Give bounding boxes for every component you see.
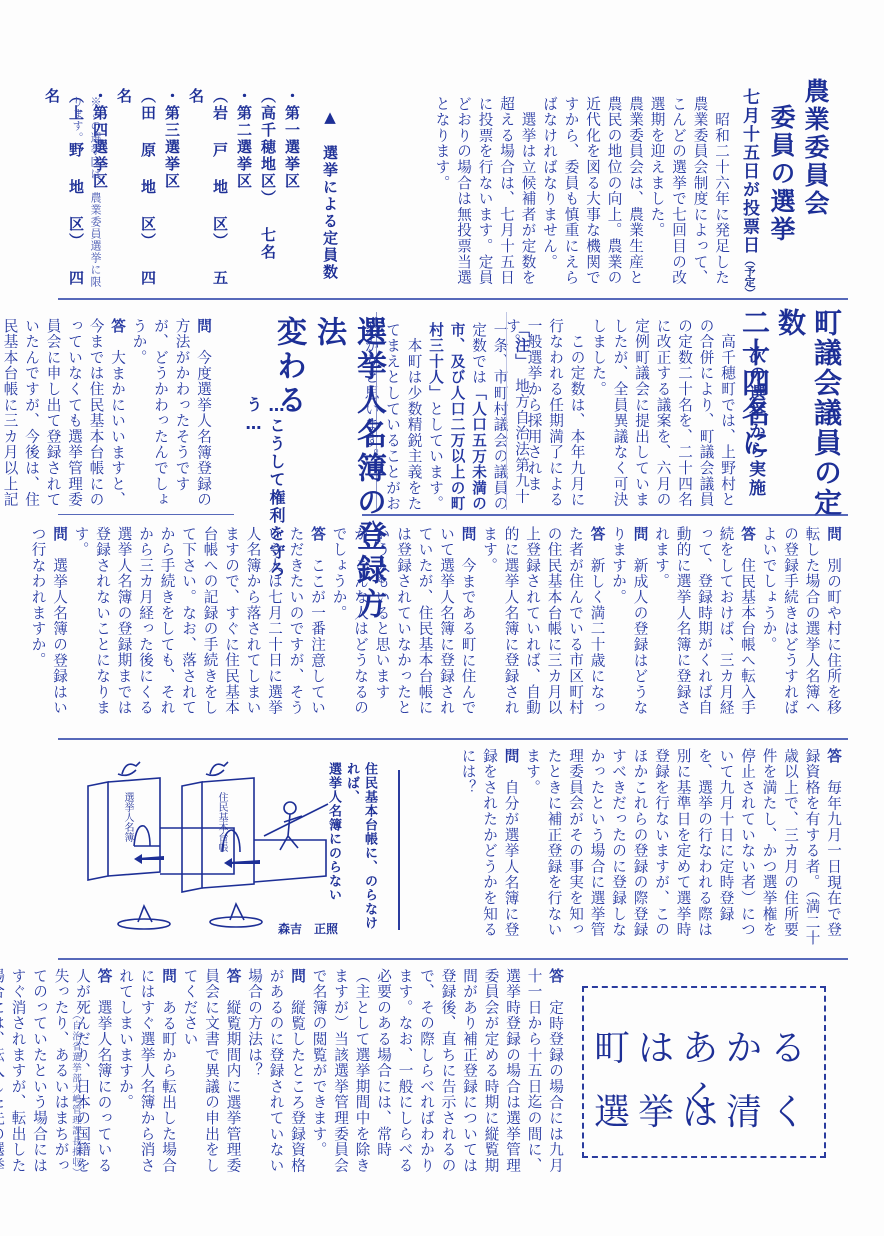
registry-qa-block-2: 問 別の町や村に住所を移転した場合の選挙人名簿への登録手続きはどうすればよいでし… (74, 526, 844, 726)
district-item: ・第三選挙区 （田 原 地 区） 四名 (112, 88, 184, 298)
section-divider (58, 738, 848, 740)
registry-qa-block-3: 答 毎年九月一日現在で登録資格を有する者。（満二十歳以上で、三カ月の住所要件を満… (408, 748, 844, 948)
farm-committee-paragraph: 選挙は立候補者が定数を超える場合は、七月十五日に投票を行ないます。定員どおりの場… (431, 96, 539, 296)
section-divider (58, 298, 848, 300)
qa-item: 答 毎年九月一日現在で登録資格を有する者。（満二十歳以上で、三カ月の住所要件を満… (522, 748, 845, 948)
qa-item: 問 今まである町に住んでいて選挙人名簿に登録されていたが、住民基本台帳には登録さ… (328, 526, 479, 726)
question-label: 問 (195, 318, 212, 334)
answer-label: 答 (109, 318, 126, 334)
qa-item: 答 ここが一番注意していただきたいのですが、そういう人は七月二十日に選挙人名簿か… (70, 526, 328, 726)
farm-committee-body: 昭和二十六年に発足した農業委員会制度によって、こんどの選挙で七回目の改選期を迎え… (432, 96, 732, 296)
gate-right-label: 住民基本台帳 (214, 792, 229, 852)
artist-credit: 森吉 正照 (278, 920, 338, 937)
council-note: 「注」 地方自治法第九十一条、市町村議会の議員の定数では「人口五万未満の市、及び… (392, 322, 532, 512)
farm-committee-title-line1: 農業委員会 (801, 78, 830, 218)
qa-item: 問 ある町から転出した場合にはすぐ選挙人名簿から消されてしまいますか。 (115, 968, 180, 1178)
section-divider (362, 514, 848, 516)
qa-item: 問 別の町や村に住所を移転した場合の選挙人名簿への登録手続きはどうすればよいでし… (758, 526, 844, 726)
qa-item: 答 定時登録の場合には九月十一日から十五日迄の間に、選挙時登録の場合は選挙管理委… (308, 968, 566, 1178)
illustration-caption: 住民基本台帳に、のらなければ、 選挙人名簿にのらない (324, 762, 378, 932)
qa-item: 問 選挙人名簿の登録はいつ行なわれますか。 (27, 526, 70, 726)
council-body: 高千穂町では、上野村との合併により、町議会議員の定数二十名を、二十四名に改正する… (538, 318, 738, 513)
qa-item: 答 縦覧期間内に選挙管理委員会に文書で異議の申出をしてください (179, 968, 244, 1178)
note-label: 「注」 (513, 322, 530, 362)
section-divider (58, 958, 848, 960)
gate-left-label: 選挙人名簿 (120, 792, 135, 842)
qa-item: 問 今度選挙人名簿登録の方法がかわったそうですが、どうかわったんでしょうか。 (128, 318, 214, 508)
qa-item: 答 住民基本台帳へ転入手続をしておけば、三カ月経って、登録時期がくれば自動的に選… (651, 526, 759, 726)
district-item: ・第二選挙区 （岩 戸 地 区） 五名 (184, 88, 256, 298)
farm-committee-paragraph: 昭和二十六年に発足した農業委員会制度によって、こんどの選挙で七回目の改選期を迎え… (646, 96, 732, 296)
qa-item: 答 新しく満二十歳になった者が住んでいる市区町村の住民基本台帳に三カ月以上登録さ… (479, 526, 608, 726)
column-divider (506, 312, 507, 510)
decorative-divider (398, 770, 400, 930)
qa-item: 答 選挙人名簿にのっている人が死んだり、日本の国籍を失ったり、あるいはまちがって… (0, 968, 115, 1178)
source-credit: （自治省選挙部大嶋管理課長指収） (68, 1010, 82, 1190)
registry-qa-block-4: 答 定時登録の場合には九月十一日から十五日迄の間に、選挙時登録の場合は選挙管理委… (96, 968, 566, 1178)
registry-qa-block-1: 問 今度選挙人名簿登録の方法がかわったそうですが、どうかわったんでしょうか。 答… (64, 318, 214, 508)
farm-committee-title: 農業委員会 委員の選挙 (764, 78, 832, 298)
slogan-line-2: 選挙は清く (584, 1084, 824, 1135)
section-divider (58, 514, 234, 515)
district-item: ・第一選挙区 （高千穂地区） 七名 (256, 88, 304, 298)
farm-committee-paragraph: 農業委員会は、農業生産と農民の地位の向上。農業の近代化を図る大事な機関ですから、… (539, 96, 647, 296)
qa-item: 問 新成人の登録はどうなりますか。 (608, 526, 651, 726)
qa-item: 問 自分が選挙人名簿に登録をされたかどうかを知るには？ (457, 748, 522, 948)
slogan-box: 町はあかるく 選挙は清く (582, 986, 826, 1158)
council-subtitle: 次の選挙から実施 (743, 346, 768, 526)
qa-item: 答 大まかにいいますと、今までは住民基本台帳にのっていなくても選挙管理委員会に申… (0, 318, 128, 508)
farm-committee-title-line2: 委員の選挙 (764, 78, 798, 244)
district-footnote: ※この選挙区は、農業委員選挙に限ります。 (64, 96, 104, 296)
qa-item: 問 縦覧したところ登録資格があるのに登録されていない場合の方法は？ (244, 968, 309, 1178)
cartoon-illustration: 選挙人名簿 住民基本台帳 住民基本台帳に、のらなければ、 選挙人名簿にのらない … (64, 746, 384, 946)
newsletter-page: 農業委員会 委員の選挙 七月十五日が投票日（予定） 昭和二十六年に発足した農業委… (0, 0, 884, 1236)
farm-committee-subtitle: 七月十五日が投票日（予定） (737, 88, 762, 303)
quota-heading: ▲ 選挙による定員数 (320, 108, 341, 298)
